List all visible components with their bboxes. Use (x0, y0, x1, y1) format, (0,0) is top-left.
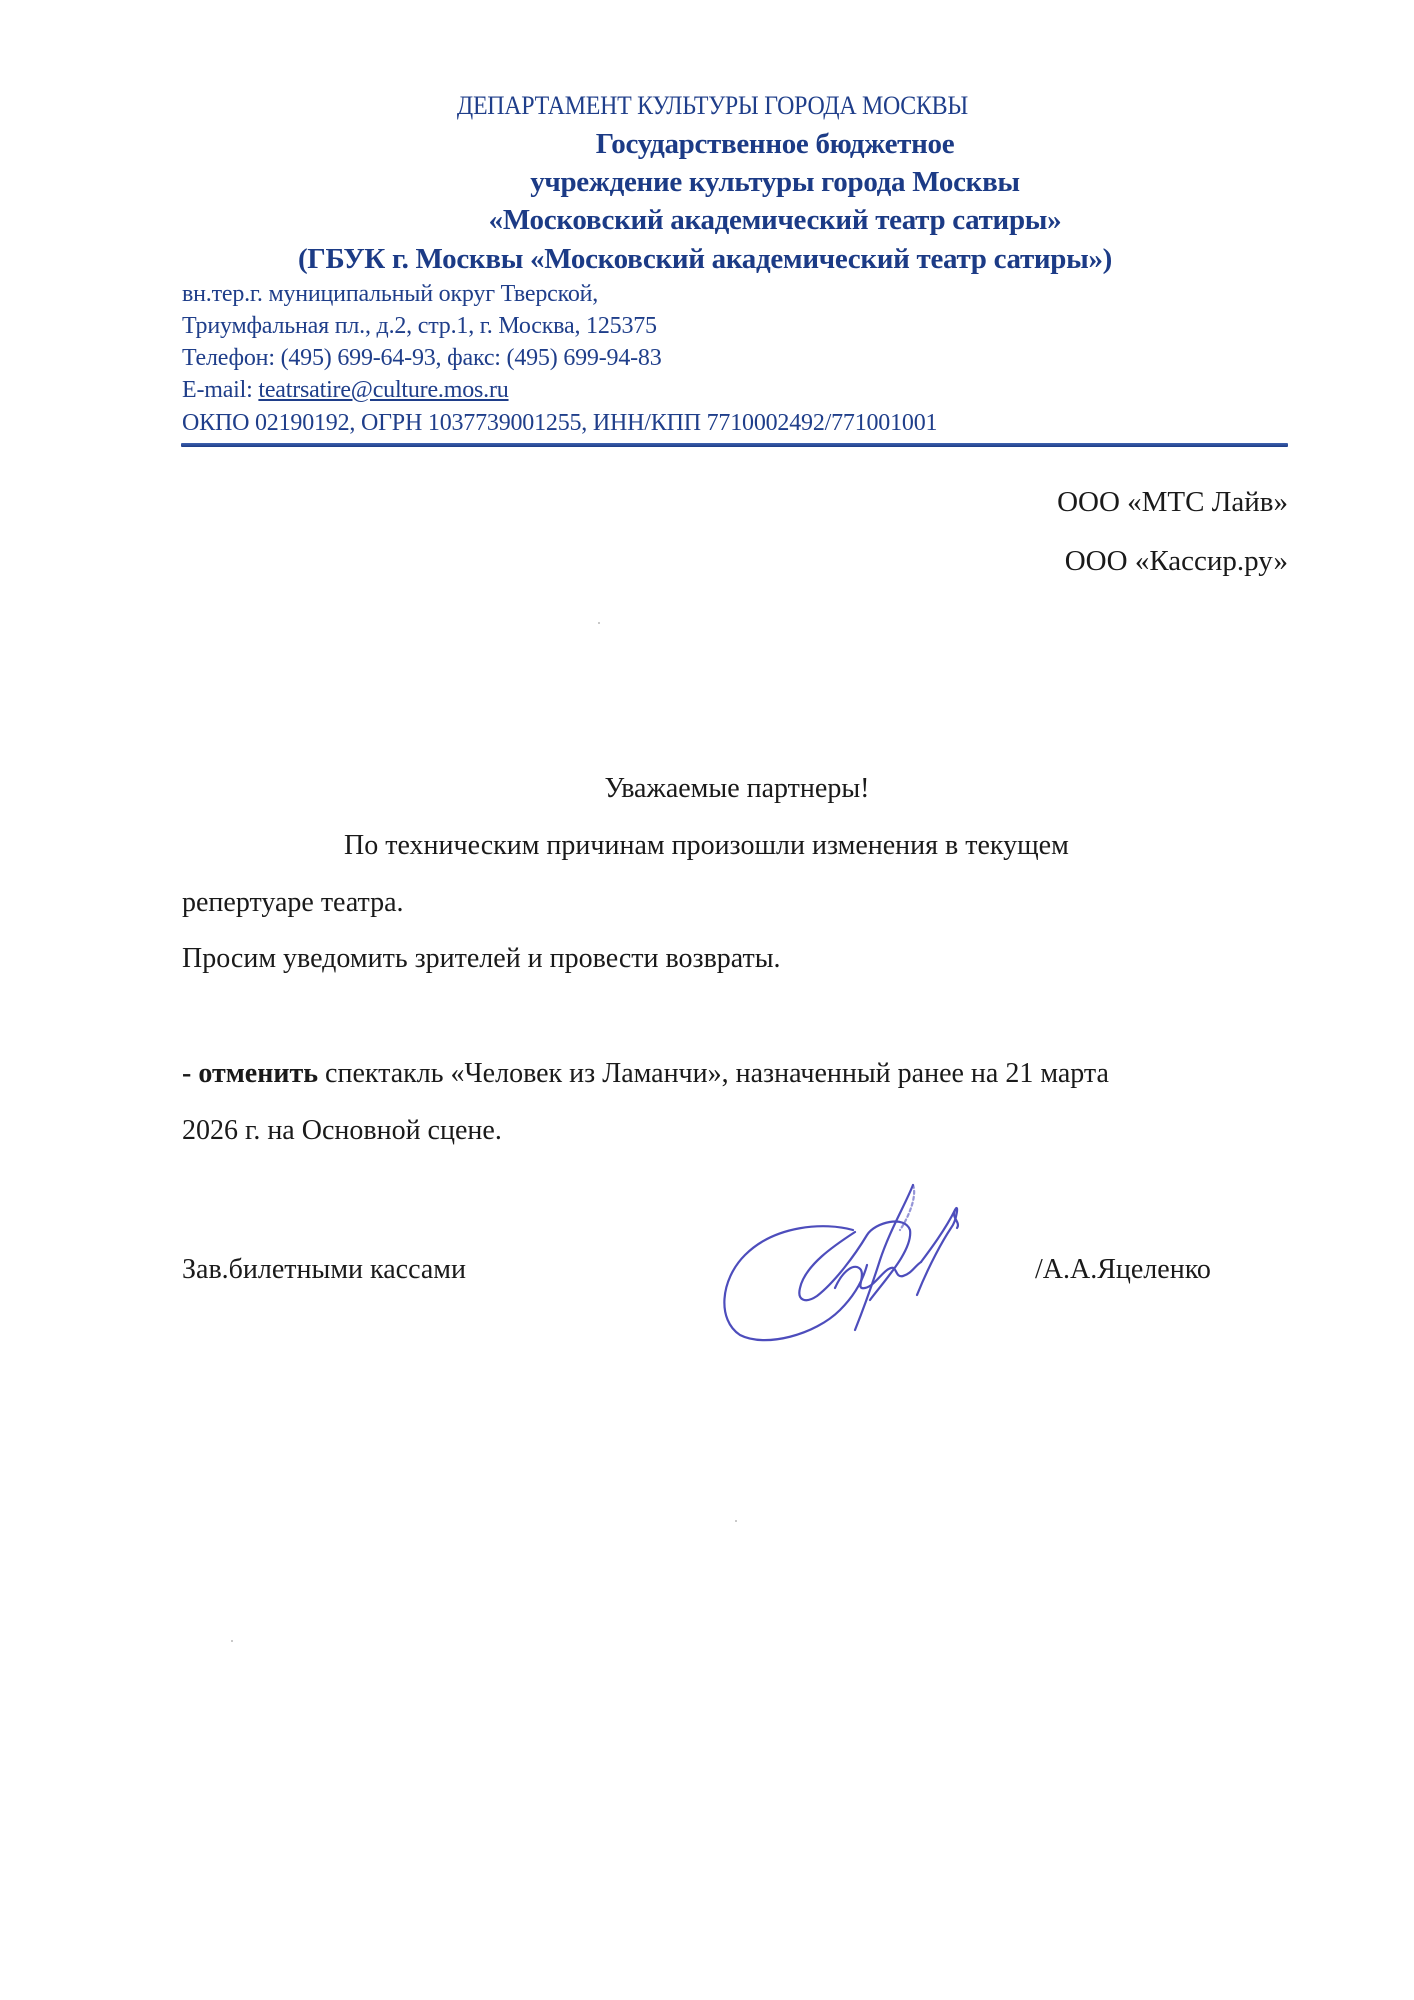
department-name: ДЕПАРТАМЕНТ КУЛЬТУРЫ ГОРОДА МОСКВЫ (62, 91, 1363, 121)
letterhead-divider (181, 443, 1288, 447)
address-line-2: Триумфальная пл., д.2, стр.1, г. Москва,… (182, 313, 657, 340)
handwritten-signature-icon (700, 1170, 970, 1350)
org-name-line-3: «Московский академический театр сатиры» (0, 204, 1414, 237)
phone-fax-line: Телефон: (495) 699-64-93, факс: (495) 69… (182, 345, 662, 372)
item-action: отменить (198, 1058, 318, 1089)
address-line-1: вн.тер.г. муниципальный округ Тверской, (182, 281, 598, 308)
paragraph-1-line-1: По техническим причинам произошли измене… (344, 830, 1069, 862)
scan-speck (735, 1520, 737, 1522)
item-text: спектакль «Человек из Ламанчи», назначен… (318, 1058, 1109, 1089)
signatory-name: /А.А.Яцеленко (1035, 1254, 1211, 1286)
item-prefix: - (182, 1058, 198, 1089)
paragraph-2: Просим уведомить зрителей и провести воз… (182, 943, 781, 975)
scan-speck (598, 622, 600, 624)
letter-page: ДЕПАРТАМЕНТ КУЛЬТУРЫ ГОРОДА МОСКВЫ Госуд… (0, 0, 1414, 2000)
greeting: Уважаемые партнеры! (0, 773, 1414, 805)
cancellation-item-line-1: - отменить спектакль «Человек из Ламанчи… (182, 1058, 1109, 1090)
email-link[interactable]: teatrsatire@culture.mos.ru (258, 377, 508, 403)
registry-codes: ОКПО 02190192, ОГРН 1037739001255, ИНН/К… (182, 410, 937, 437)
org-name-line-1: Государственное бюджетное (0, 128, 1414, 161)
cancellation-item-line-2: 2026 г. на Основной сцене. (182, 1115, 502, 1147)
paragraph-1-line-2: репертуаре театра. (182, 887, 404, 919)
email-line: E-mail: teatrsatire@culture.mos.ru (182, 377, 509, 404)
scan-speck (231, 1640, 233, 1642)
signatory-title: Зав.билетными кассами (182, 1254, 466, 1286)
email-label: E-mail: (182, 377, 258, 403)
org-name-line-2: учреждение культуры города Москвы (0, 166, 1414, 199)
recipient-2: ООО «Кассир.ру» (1065, 545, 1288, 578)
org-short-name: (ГБУК г. Москвы «Московский академически… (0, 243, 1410, 276)
recipient-1: ООО «МТС Лайв» (1057, 486, 1288, 519)
